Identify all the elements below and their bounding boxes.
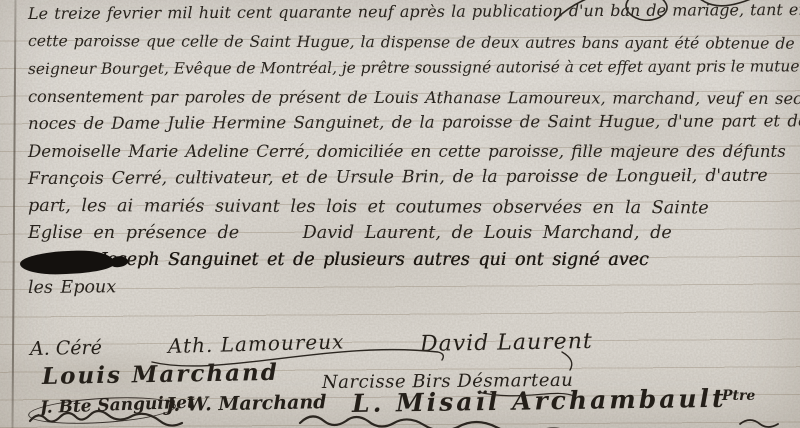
flourish-laurent-tail [562, 352, 572, 370]
record-line-7: François Cerré, cultivateur, et de Ursul… [28, 166, 768, 189]
record-line-11: les Epoux [28, 277, 116, 298]
record-line-2: cette paroisse que celle de Saint Hugue,… [28, 32, 800, 53]
cutoff-strokes-right [740, 420, 778, 427]
signature-louis-marchand: Louis Marchand [42, 359, 279, 390]
record-line-6: Demoiselle Marie Adeline Cerré, domicili… [28, 142, 786, 161]
margin-rule [12, 0, 17, 428]
signature-ath-lamoureux: Ath. Lamoureux [168, 329, 345, 358]
record-line-5: noces de Dame Julie Hermine Sanguinet, d… [28, 111, 800, 133]
cutoff-strokes-center [300, 416, 570, 428]
signature-a-cere: A. Céré [30, 337, 102, 360]
record-line-10: Joseph Sanguinet et de plusieurs autres … [100, 250, 649, 270]
record-line-3: seigneur Bourget, Evêque de Montréal, je… [28, 57, 800, 78]
record-line-4: consentement par paroles de présent de L… [28, 87, 800, 108]
signature-misail-archambault: L. Misaïl Archambault [352, 384, 727, 418]
signature-david-laurent: David Laurent [420, 329, 593, 357]
record-line-8: part, les ai mariés suivant les lois et … [28, 196, 709, 218]
signature-jw-marchand: J. W. Marchand [166, 391, 327, 416]
record-line-9: Eglise en présence de David Laurent, de … [28, 223, 672, 243]
record-line-1: Le treize fevrier mil huit cent quarante… [28, 0, 800, 23]
scanned-register-page: Le treize fevrier mil huit cent quarante… [0, 0, 800, 428]
signature-ptre-title: Ptre [722, 388, 755, 404]
ink-blot [20, 249, 115, 275]
